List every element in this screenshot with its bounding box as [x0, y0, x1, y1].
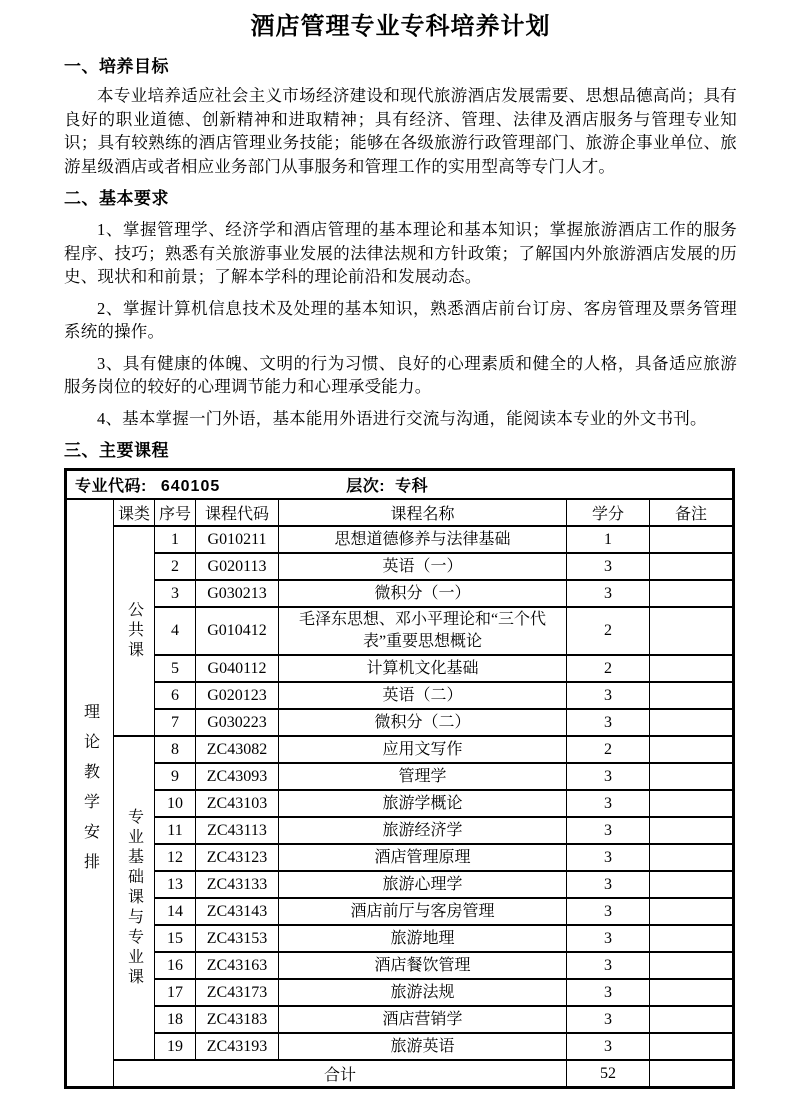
course-serial: 19: [155, 1033, 196, 1060]
course-serial: 9: [155, 763, 196, 790]
course-name: 微积分（二）: [279, 709, 567, 736]
course-name: 管理学: [279, 763, 567, 790]
requirements-list: 1、掌握管理学、经济学和酒店管理的基本理论和基本知识；掌握旅游酒店工作的服务程序…: [64, 218, 737, 430]
course-serial: 11: [155, 817, 196, 844]
course-credits: 3: [567, 979, 650, 1006]
page-title: 酒店管理专业专科培养计划: [64, 12, 737, 42]
course-note: [650, 526, 734, 553]
total-credits: 52: [567, 1060, 650, 1088]
course-code: ZC43123: [196, 844, 279, 871]
course-serial: 12: [155, 844, 196, 871]
course-credits: 3: [567, 553, 650, 580]
document-page: 酒店管理专业专科培养计划 一、培养目标 本专业培养适应社会主义市场经济建设和现代…: [0, 0, 800, 1096]
course-name: 英语（二）: [279, 682, 567, 709]
course-serial: 17: [155, 979, 196, 1006]
course-row: 9ZC43093管理学3: [66, 763, 734, 790]
course-credits: 2: [567, 736, 650, 763]
course-name: 旅游心理学: [279, 871, 567, 898]
course-credits: 3: [567, 871, 650, 898]
course-serial: 18: [155, 1006, 196, 1033]
course-code: G010211: [196, 526, 279, 553]
total-row: 合计 52: [66, 1060, 734, 1088]
course-row: 16ZC43163酒店餐饮管理3: [66, 952, 734, 979]
course-serial: 8: [155, 736, 196, 763]
course-credits: 1: [567, 526, 650, 553]
course-credits: 3: [567, 952, 650, 979]
course-name: 计算机文化基础: [279, 655, 567, 682]
table-meta-cell: 专业代码:640105层次:专科: [66, 470, 734, 500]
course-code: ZC43153: [196, 925, 279, 952]
course-serial: 3: [155, 580, 196, 607]
course-note: [650, 925, 734, 952]
course-code: G030223: [196, 709, 279, 736]
course-serial: 6: [155, 682, 196, 709]
course-serial: 1: [155, 526, 196, 553]
col-header-credits: 学分: [567, 499, 650, 526]
col-header-category: 课类: [114, 499, 155, 526]
course-table: 专业代码:640105层次:专科 理论教学安排 课类 序号 课程代码 课程名称 …: [64, 468, 735, 1089]
course-note: [650, 553, 734, 580]
course-serial: 10: [155, 790, 196, 817]
table-header-row: 理论教学安排 课类 序号 课程代码 课程名称 学分 备注: [66, 499, 734, 526]
course-serial: 7: [155, 709, 196, 736]
course-serial: 2: [155, 553, 196, 580]
table-meta-row: 专业代码:640105层次:专科: [66, 470, 734, 500]
course-name: 思想道德修养与法律基础: [279, 526, 567, 553]
course-code: ZC43163: [196, 952, 279, 979]
course-note: [650, 979, 734, 1006]
requirement-item: 3、具有健康的体魄、文明的行为习惯、良好的心理素质和健全的人格，具备适应旅游服务…: [64, 352, 737, 399]
course-note: [650, 844, 734, 871]
level-value: 专科: [395, 478, 428, 495]
course-credits: 2: [567, 655, 650, 682]
course-name: 酒店餐饮管理: [279, 952, 567, 979]
side-label-theory-teaching-plan: 理论教学安排: [66, 499, 114, 1088]
course-name: 旅游英语: [279, 1033, 567, 1060]
course-code: ZC43173: [196, 979, 279, 1006]
course-note: [650, 790, 734, 817]
course-code: G030213: [196, 580, 279, 607]
course-name: 应用文写作: [279, 736, 567, 763]
total-note: [650, 1060, 734, 1088]
course-code: ZC43143: [196, 898, 279, 925]
course-serial: 16: [155, 952, 196, 979]
course-row: 15ZC43153旅游地理3: [66, 925, 734, 952]
course-serial: 14: [155, 898, 196, 925]
major-code-label: 专业代码:: [75, 478, 147, 495]
objectives-paragraph: 本专业培养适应社会主义市场经济建设和现代旅游酒店发展需要、思想品德高尚；具有良好…: [64, 84, 737, 178]
course-name: 酒店管理原理: [279, 844, 567, 871]
course-row: 7G030223微积分（二）3: [66, 709, 734, 736]
course-note: [650, 817, 734, 844]
course-note: [650, 952, 734, 979]
course-code: ZC43093: [196, 763, 279, 790]
course-code: ZC43183: [196, 1006, 279, 1033]
course-credits: 3: [567, 844, 650, 871]
requirement-item: 2、掌握计算机信息技术及处理的基本知识，熟悉酒店前台订房、客房管理及票务管理系统…: [64, 297, 737, 344]
course-row: 6G020123英语（二）3: [66, 682, 734, 709]
course-credits: 3: [567, 898, 650, 925]
level-label: 层次:: [346, 478, 385, 495]
course-name: 酒店前厅与客房管理: [279, 898, 567, 925]
col-header-note: 备注: [650, 499, 734, 526]
course-note: [650, 763, 734, 790]
course-row: 17ZC43173旅游法规3: [66, 979, 734, 1006]
course-name: 旅游法规: [279, 979, 567, 1006]
course-row: 11ZC43113旅游经济学3: [66, 817, 734, 844]
course-code: G010412: [196, 607, 279, 655]
course-serial: 5: [155, 655, 196, 682]
requirement-item: 1、掌握管理学、经济学和酒店管理的基本理论和基本知识；掌握旅游酒店工作的服务程序…: [64, 218, 737, 289]
course-name: 酒店营销学: [279, 1006, 567, 1033]
col-header-serial: 序号: [155, 499, 196, 526]
course-note: [650, 1033, 734, 1060]
col-header-course-code: 课程代码: [196, 499, 279, 526]
course-credits: 3: [567, 925, 650, 952]
course-code: G040112: [196, 655, 279, 682]
course-code: G020113: [196, 553, 279, 580]
requirement-item: 4、基本掌握一门外语，基本能用外语进行交流与沟通，能阅读本专业的外文书刊。: [64, 407, 737, 431]
course-code: ZC43133: [196, 871, 279, 898]
course-serial: 4: [155, 607, 196, 655]
course-row: 3G030213微积分（一）3: [66, 580, 734, 607]
category-label: 专业基础课与专业课: [114, 736, 155, 1060]
course-row: 18ZC43183酒店营销学3: [66, 1006, 734, 1033]
course-code: ZC43113: [196, 817, 279, 844]
course-row: 4G010412毛泽东思想、邓小平理论和“三个代表”重要思想概论2: [66, 607, 734, 655]
course-note: [650, 655, 734, 682]
course-name: 旅游经济学: [279, 817, 567, 844]
section-heading-courses: 三、主要课程: [64, 440, 737, 462]
course-credits: 3: [567, 1006, 650, 1033]
course-row: 2G020113英语（一）3: [66, 553, 734, 580]
course-credits: 3: [567, 763, 650, 790]
course-code: ZC43082: [196, 736, 279, 763]
course-note: [650, 709, 734, 736]
course-credits: 3: [567, 580, 650, 607]
course-code: G020123: [196, 682, 279, 709]
course-code: ZC43193: [196, 1033, 279, 1060]
course-row: 10ZC43103旅游学概论3: [66, 790, 734, 817]
course-credits: 2: [567, 607, 650, 655]
course-row: 19ZC43193旅游英语3: [66, 1033, 734, 1060]
course-note: [650, 898, 734, 925]
course-credits: 3: [567, 682, 650, 709]
major-code-value: 640105: [161, 478, 220, 495]
category-label: 公共课: [114, 526, 155, 736]
col-header-course-name: 课程名称: [279, 499, 567, 526]
course-name: 毛泽东思想、邓小平理论和“三个代表”重要思想概论: [279, 607, 567, 655]
section-heading-requirements: 二、基本要求: [64, 188, 737, 210]
course-row: 公共课1G010211思想道德修养与法律基础1: [66, 526, 734, 553]
course-serial: 15: [155, 925, 196, 952]
course-serial: 13: [155, 871, 196, 898]
course-row: 12ZC43123酒店管理原理3: [66, 844, 734, 871]
course-row: 专业基础课与专业课8ZC43082应用文写作2: [66, 736, 734, 763]
course-note: [650, 682, 734, 709]
total-label: 合计: [114, 1060, 567, 1088]
course-credits: 3: [567, 817, 650, 844]
course-name: 旅游学概论: [279, 790, 567, 817]
course-credits: 3: [567, 790, 650, 817]
course-note: [650, 1006, 734, 1033]
course-code: ZC43103: [196, 790, 279, 817]
course-note: [650, 580, 734, 607]
course-row: 14ZC43143酒店前厅与客房管理3: [66, 898, 734, 925]
course-name: 旅游地理: [279, 925, 567, 952]
course-note: [650, 871, 734, 898]
course-name: 英语（一）: [279, 553, 567, 580]
course-row: 13ZC43133旅游心理学3: [66, 871, 734, 898]
course-name: 微积分（一）: [279, 580, 567, 607]
course-note: [650, 607, 734, 655]
course-note: [650, 736, 734, 763]
course-row: 5G040112计算机文化基础2: [66, 655, 734, 682]
course-credits: 3: [567, 709, 650, 736]
section-heading-objectives: 一、培养目标: [64, 56, 737, 78]
course-credits: 3: [567, 1033, 650, 1060]
